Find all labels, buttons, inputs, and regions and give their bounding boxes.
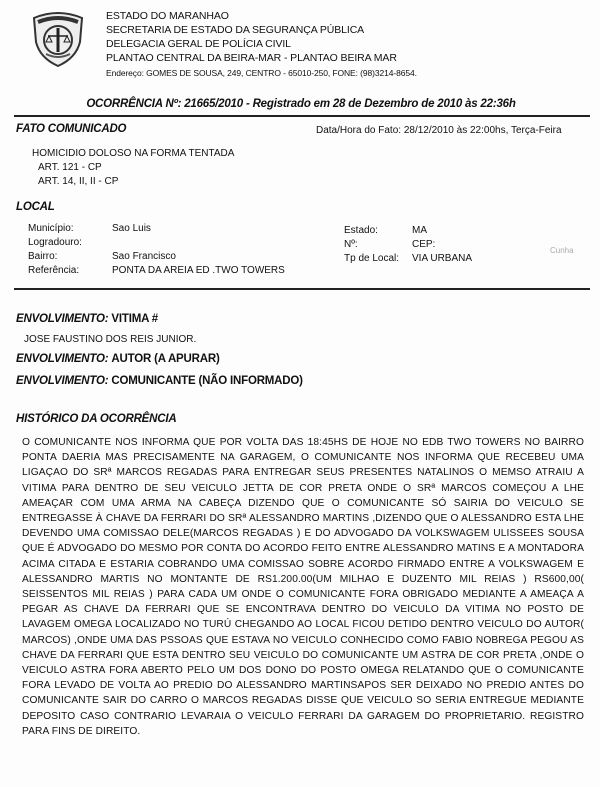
municipio-label: Município: — [28, 223, 74, 234]
bairro-value: Sao Francisco — [112, 251, 176, 262]
envolvimento-role: AUTOR (A APURAR) — [111, 353, 219, 365]
local-heading: LOCAL — [16, 201, 55, 213]
estado-label: Estado: — [344, 225, 378, 236]
referencia-value: PONTA DA AREIA ED .TWO TOWERS — [112, 265, 285, 276]
envolvimento-autor: ENVOLVIMENTO: AUTOR (A APURAR) — [16, 353, 220, 365]
historico-text: O COMUNICANTE NOS INFORMA QUE POR VOLTA … — [22, 435, 584, 739]
vitima-name: JOSE FAUSTINO DOS REIS JUNIOR. — [24, 333, 196, 346]
header-plantao: PLANTAO CENTRAL DA BEIRA-MAR - PLANTAO B… — [106, 51, 397, 65]
fato-heading: FATO COMUNICADO — [16, 123, 126, 135]
cep-label: CEP: — [412, 239, 435, 250]
divider — [14, 115, 590, 117]
referencia-label: Referência: — [28, 265, 79, 276]
divider — [14, 288, 590, 290]
header-address: Endereço: GOMES DE SOUSA, 249, CENTRO - … — [106, 66, 417, 80]
municipio-value: Sao Luis — [112, 223, 151, 234]
envolvimento-role: COMUNICANTE (NÃO INFORMADO) — [111, 375, 302, 387]
estado-value: MA — [412, 225, 427, 236]
envolvimento-vitima: ENVOLVIMENTO: VITIMA # — [16, 313, 158, 325]
header-delegacia: DELEGACIA GERAL DE POLÍCIA CIVIL — [106, 37, 291, 51]
header-secretaria: SECRETARIA DE ESTADO DA SEGURANÇA PÚBLIC… — [106, 23, 364, 37]
fato-datetime: Data/Hora do Fato: 28/12/2010 às 22:00hs… — [316, 125, 562, 136]
fato-crime: HOMICIDIO DOLOSO NA FORMA TENTADA — [32, 147, 234, 160]
policia-civil-badge-icon — [30, 8, 86, 68]
numero-label: Nº: — [344, 239, 358, 250]
envolvimento-comunicante: ENVOLVIMENTO: COMUNICANTE (NÃO INFORMADO… — [16, 375, 303, 387]
fato-article: ART. 121 - CP — [38, 161, 102, 174]
occurrence-title: OCORRÊNCIA Nº: 21665/2010 - Registrado e… — [16, 98, 586, 110]
bairro-label: Bairro: — [28, 251, 57, 262]
tipo-local-label: Tp de Local: — [344, 253, 399, 264]
stamp-text: Cunha — [550, 246, 574, 255]
header-state: ESTADO DO MARANHAO — [106, 9, 229, 23]
envolvimento-role: VITIMA # — [111, 313, 158, 325]
historico-heading: HISTÓRICO DA OCORRÊNCIA — [16, 413, 176, 425]
fato-article: ART. 14, II, II - CP — [38, 175, 118, 188]
tipo-local-value: VIA URBANA — [412, 253, 472, 264]
logradouro-label: Logradouro: — [28, 237, 82, 248]
